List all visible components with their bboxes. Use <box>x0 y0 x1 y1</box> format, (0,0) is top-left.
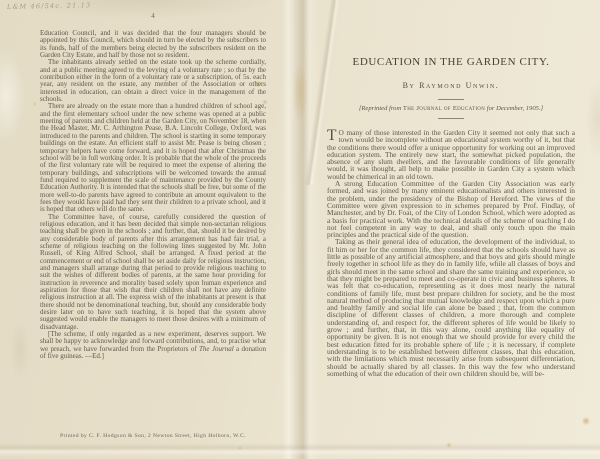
body-paragraph: The inhabitants already settled on the e… <box>40 59 266 103</box>
page-number: 4 <box>40 12 266 20</box>
handwritten-archive-note: L&M 46/54c. 21.13 <box>7 1 91 11</box>
opening-paragraph-text: O many of those interested in the Garden… <box>327 128 575 181</box>
left-page: 4 Education Council, and it was decided … <box>40 12 266 360</box>
right-page: EDUCATION IN THE GARDEN CITY. By Raymond… <box>327 56 575 377</box>
scanned-pamphlet-sheet: L&M 46/54c. 21.13 4 Education Council, a… <box>0 0 600 459</box>
article-title: EDUCATION IN THE GARDEN CITY. <box>327 56 575 68</box>
body-paragraph: There are already on the estate more tha… <box>40 103 266 213</box>
reprint-source-line: [Reprinted from The Journal of Education… <box>327 105 575 112</box>
reprint-pre: [Reprinted from <box>359 105 403 112</box>
journal-name-italic: The Journal <box>199 345 234 353</box>
center-fold-crease <box>282 0 320 459</box>
editor-note-paragraph: [The scheme, if only regarded as a new e… <box>40 331 266 360</box>
printer-imprint: Printed by C. F. Hodgson & Son, 2 Newton… <box>40 433 266 439</box>
body-paragraph: Taking as their general idea of educatio… <box>327 238 575 377</box>
body-paragraph: Education Council, and it was decided th… <box>40 30 266 59</box>
drop-cap: T <box>327 129 338 143</box>
body-paragraph: The Committee have, of course, carefully… <box>40 214 266 332</box>
bottom-crease <box>0 443 600 456</box>
opening-paragraph: TO many of those interested in the Garde… <box>327 129 575 180</box>
divider-rule-bottom <box>438 118 464 119</box>
article-byline: By Raymond Unwin. <box>327 81 575 90</box>
divider-rule-top <box>438 99 464 100</box>
journal-title-smallcaps: The Journal of Education <box>403 105 485 112</box>
body-paragraph: A strong Education Committee of the Gard… <box>327 180 575 238</box>
article-body: TO many of those interested in the Garde… <box>327 129 575 377</box>
reprint-post: for December, 1905.] <box>485 105 543 112</box>
